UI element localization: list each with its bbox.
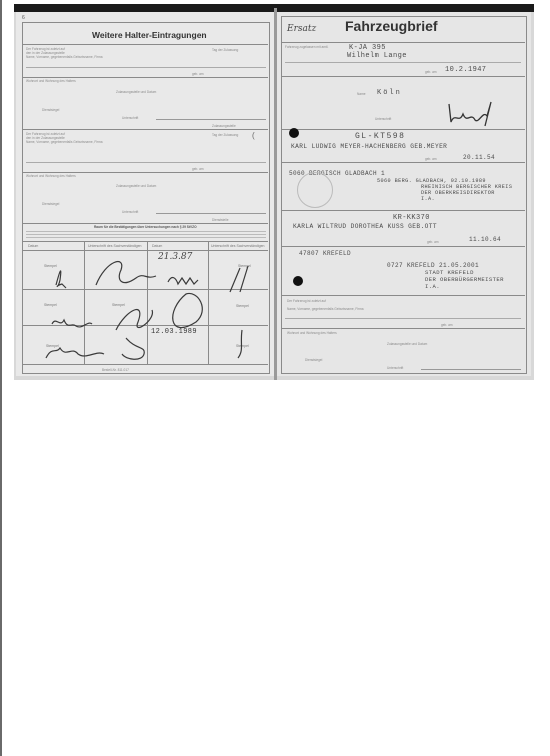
holder-name: Wilhelm Lange [347,52,407,60]
fine-print [26,234,266,235]
divider [23,172,268,173]
stamp-line: I.A. [421,196,435,202]
field-label: Dienststelle [212,218,228,222]
divider [282,162,525,163]
divider [282,328,525,329]
field-label: Wohnort und Wohnung des Halters [26,174,76,178]
punch-hole [289,128,299,138]
signature-line [156,213,266,214]
holder-name: KARLA WILTRUD DOROTHEA KUSS GEB.OTT [293,223,437,230]
signature-line [156,119,266,120]
page-number: 6 [22,16,25,20]
divider [23,44,268,45]
entry-line [26,162,266,163]
field-label: Dienstsiegel [42,108,59,112]
field-label: Dienstsiegel [42,202,59,206]
birth-date: 11.10.64 [469,236,501,243]
field-label: Name, Vorname, gegebenenfalls Geburtsnam… [287,307,364,311]
city: Köln [377,89,402,97]
field-label: Unterschrift [387,366,403,370]
field-label: Name, Vorname, gegebenenfalls Geburtsnam… [26,55,103,59]
field-label: Zulassungsstelle und Datum [116,90,156,94]
stamp-line: STADT KREFELD [425,269,474,276]
field-label: geb. am [192,72,204,76]
divider [23,77,268,78]
field-label: geb. am [441,323,453,327]
field-label: Unterschrift [122,210,138,214]
field-label: Zulassungsstelle und Datum [387,342,427,346]
scan-left-edge [0,0,2,756]
column-header: Datum [28,244,38,248]
field-label: Name [357,92,366,96]
divider [23,129,268,130]
ersatz-annotation: Ersatz [287,24,316,34]
field-label: geb. am [192,167,204,171]
field-label: Unterschrift [122,116,138,120]
official-signature [445,100,495,128]
field-label: Fahrzeug zugelassen mit amtl. [285,45,328,49]
field-label: geb. am [427,240,439,244]
divider [282,246,525,247]
stamp-line: 0727 KREFELD 21.05.2001 [387,262,479,269]
field-label: Tag der Zulassung [212,48,238,52]
address: 47807 KREFELD [299,250,351,257]
right-page: Ersatz Fahrzeugbrief Fahrzeug zugelassen… [277,12,531,376]
divider [282,76,525,77]
signature-line [421,369,521,370]
plate-number: GL-KT598 [355,132,405,141]
field-label: Wohnort und Wohnung des Halters [26,79,76,83]
stamp-line: I.A. [425,283,440,290]
entry-line [285,318,521,319]
field-label: Unterschrift [375,117,391,121]
form-footer: Bestell-Nr. 811.017 [102,368,129,372]
fine-print [26,237,266,238]
official-seal [297,172,333,208]
divider [282,210,525,211]
field-label: Name, Vorname, gegebenenfalls Geburtsnam… [26,140,103,144]
table-title: Raum für die Bestätigungen über Untersuc… [94,225,197,229]
column-header: Unterschrift des Sachverständigen [211,244,265,248]
divider [282,42,525,43]
fine-print [26,231,266,232]
divider [282,129,525,130]
field-label: geb. am [425,157,437,161]
divider [23,223,268,224]
column-header: Datum [152,244,162,248]
field-label: Tag der Zulassung [212,133,238,137]
entry-line [285,62,521,63]
field-label: Zulassungsstelle und Datum [116,184,156,188]
signature-scribbles [26,250,266,364]
field-label: Zulassungsstelle [212,124,236,128]
field-label: Dienstsiegel [305,358,322,362]
birth-date: 20.11.54 [463,154,495,161]
divider [23,364,268,365]
plate-number: K-JA 395 [349,44,386,52]
left-page-title: Weitere Halter-Eintragungen [92,30,207,40]
stamp-mark-icon: ( [252,134,255,138]
divider [23,241,268,242]
divider [282,295,525,296]
field-label: Der Fahrzeug ist zuletzt auf [287,299,326,303]
punch-hole [293,276,303,286]
field-label: geb. am [425,70,437,74]
column-header: Unterschrift des Sachverständigen [88,244,142,248]
plate-number: KR-KK370 [393,214,430,222]
field-label: Wohnort und Wohnung des Halters [287,331,337,335]
right-page-title: Fahrzeugbrief [345,18,438,34]
stamp-line: DER OBERBÜRGERMEISTER [425,276,504,283]
birth-date: 10.2.1947 [445,66,486,74]
holder-name: KARL LUDWIG MEYER-HACHENBERG GEB.MEYER [291,143,447,150]
left-page: 6 Weitere Halter-Eintragungen Der Fahrze… [16,12,274,376]
entry-line [26,67,266,68]
